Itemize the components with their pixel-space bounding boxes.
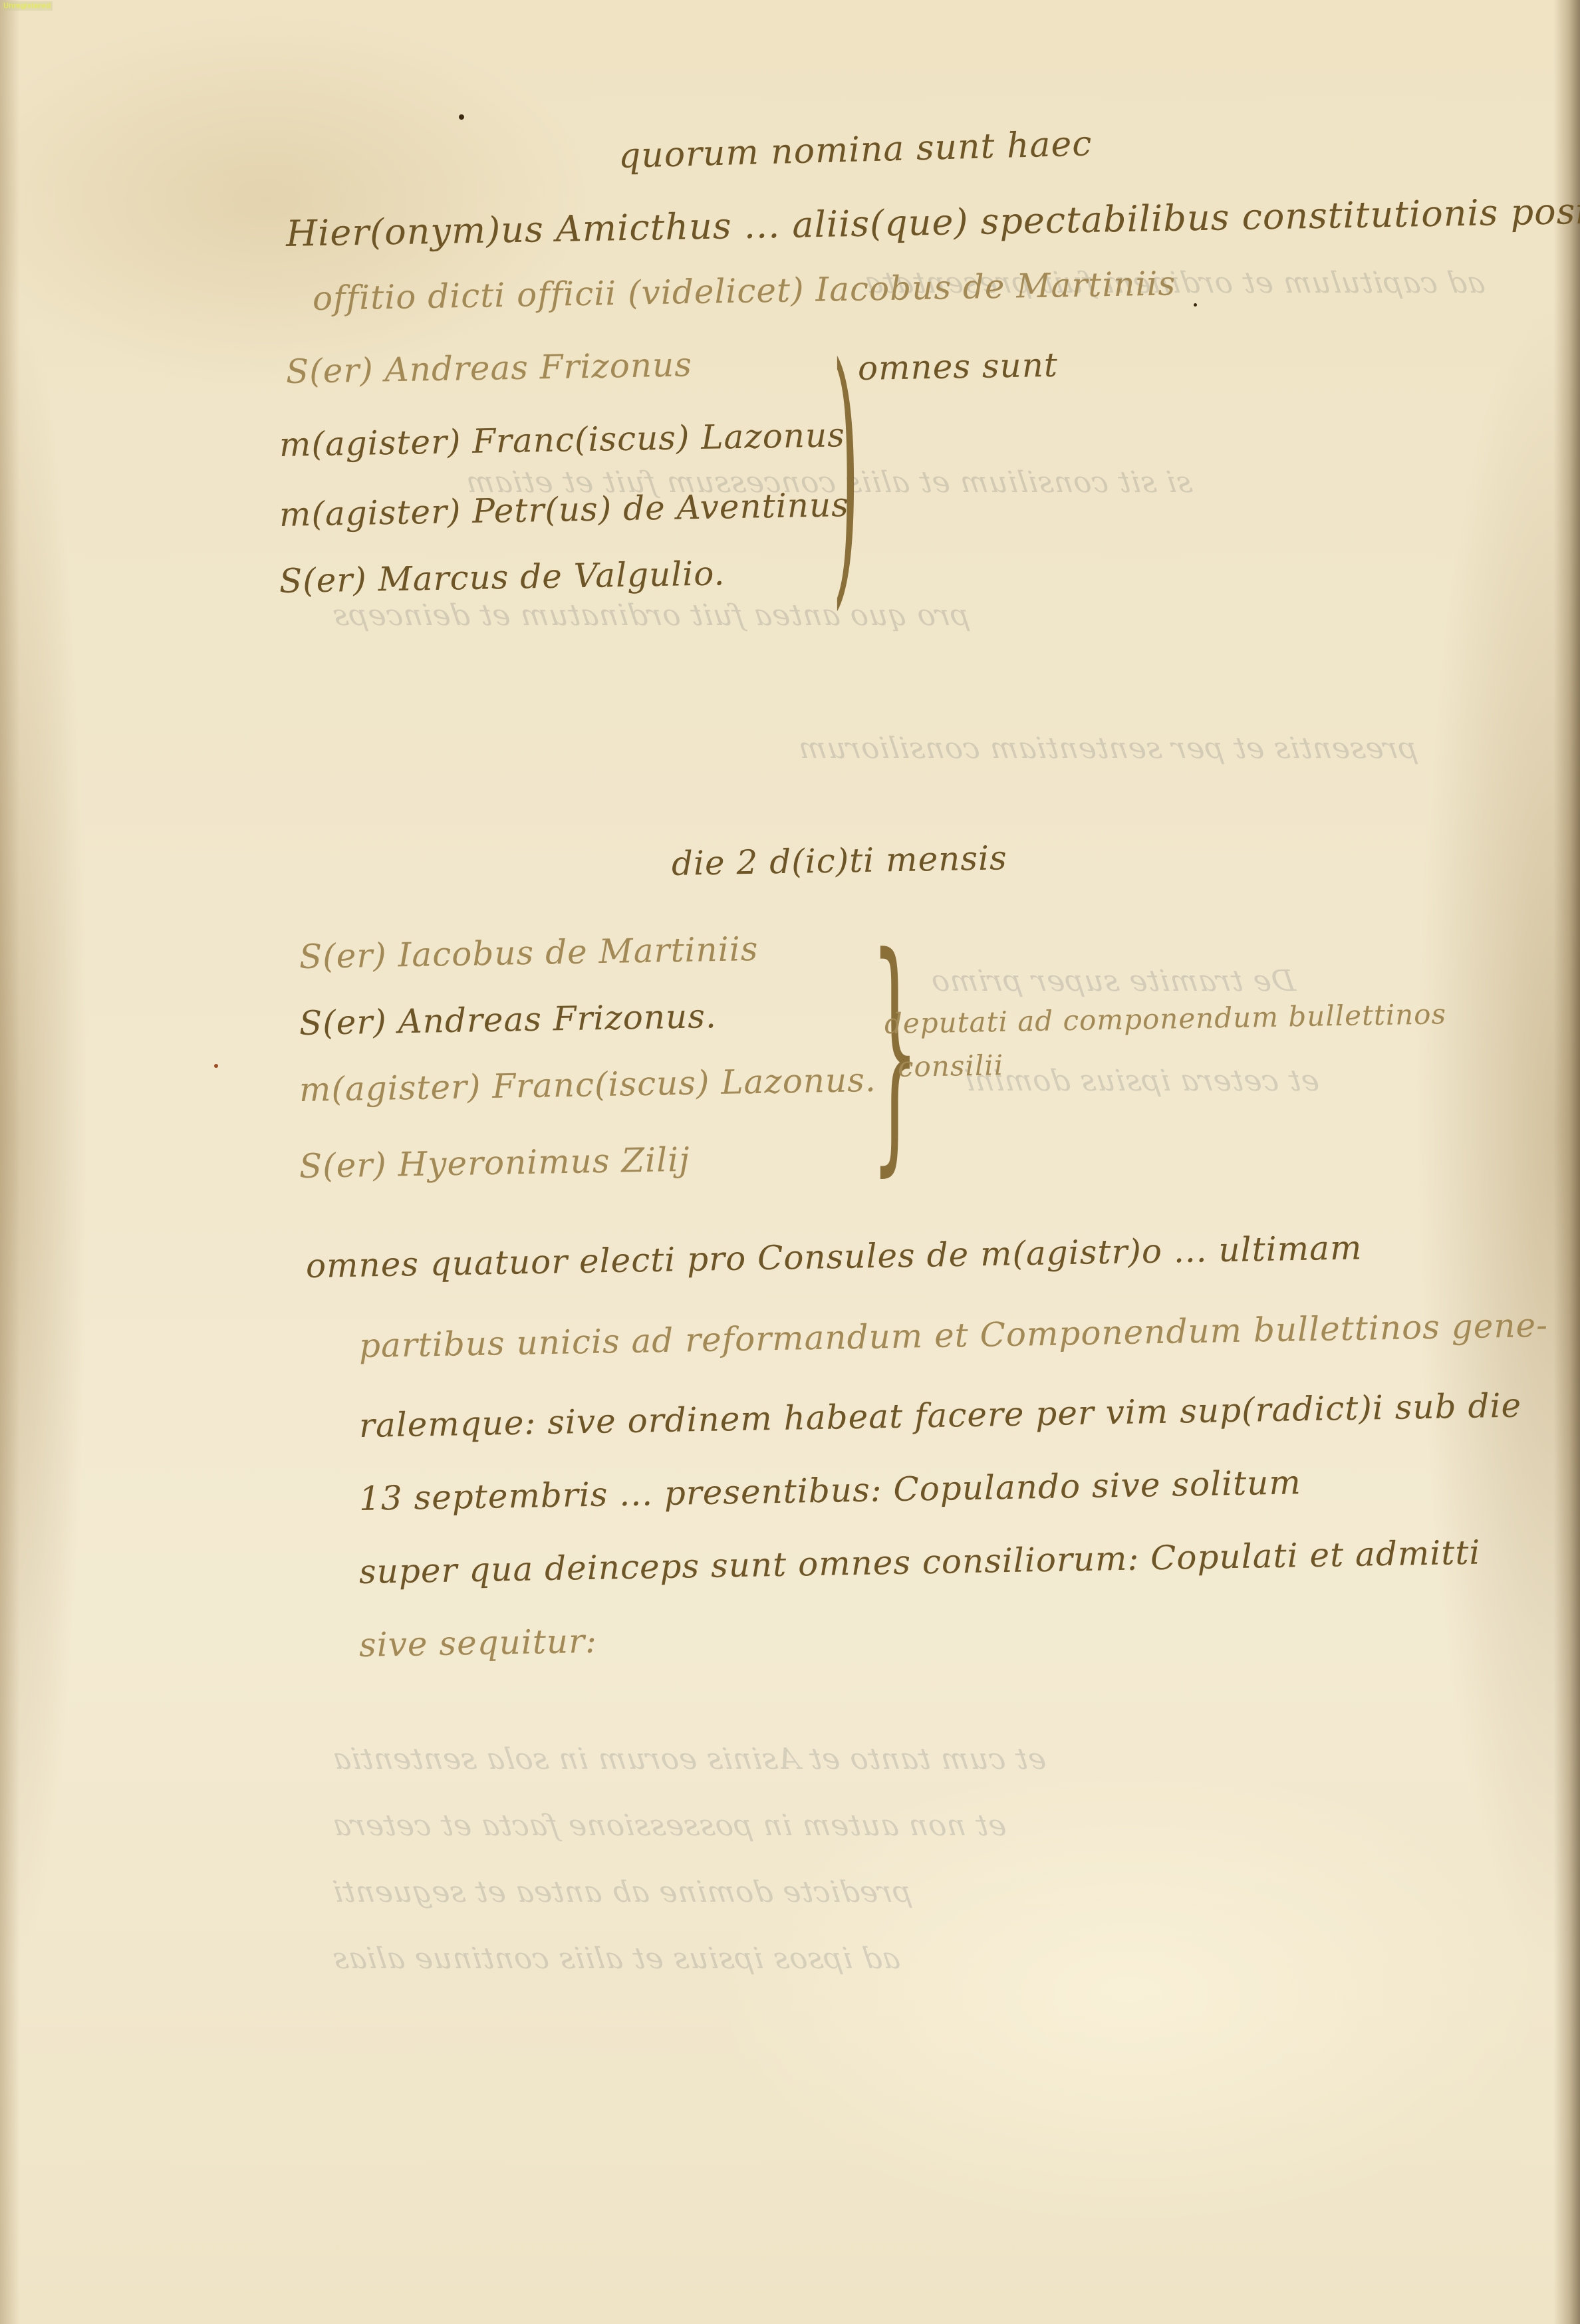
- section2-name-andreas: S(er) Andreas Frizonus.: [299, 997, 717, 1043]
- paragraph-line-2: partibus unicis ad reformandum et Compon…: [358, 1306, 1548, 1365]
- bleed-through-text: ad ipsos ipsius et aliis continue alias: [330, 1942, 902, 1976]
- bleed-through-text: predicte domine ab antea et seguenti: [330, 1875, 914, 1909]
- section2-name-iacobus: S(er) Iacobus de Martiniis: [299, 930, 758, 976]
- page-right-edge-shadow: [1553, 0, 1580, 2324]
- ink-speck: [459, 114, 464, 120]
- section1-line-1: Hier(onym)us Amicthus ... aliis(que) spe…: [285, 188, 1580, 255]
- section2-name-franciscus: m(agister) Franc(iscus) Lazonus.: [299, 1061, 876, 1109]
- manuscript-page: Unregistered ad capitulum et ordinem fui…: [0, 0, 1580, 2324]
- bleed-through-text: et cum tanto et Asinis eorum in sola sen…: [330, 1742, 1047, 1776]
- paragraph-line-6: sive sequitur:: [358, 1622, 597, 1664]
- bleed-through-text: De tramite super primo: [928, 964, 1297, 998]
- section2-heading: die 2 d(ic)ti mensis: [671, 839, 1007, 883]
- bleed-through-text: pro quo antea fuit ordinatum et deinceps: [330, 598, 972, 632]
- section1-bracket-note: omnes sunt: [857, 346, 1058, 388]
- section1-name-petrus: m(agister) Petr(us) de Aventinus: [279, 485, 849, 534]
- unregistered-watermark: Unregistered: [1, 1, 53, 11]
- section1-name-andreas: S(er) Andreas Frizonus: [285, 345, 692, 391]
- heading-text: quorum nomina sunt haec: [618, 124, 1093, 176]
- section1-line-2: offitio dicti officii (videlicet) Iacobu…: [312, 264, 1176, 318]
- section2-bracket-note-2: consilii: [898, 1049, 1004, 1083]
- paragraph-line-3: ralemque: sive ordinem habeat facere per…: [358, 1386, 1521, 1445]
- bleed-through-text: et cetera ipsius domini: [962, 1064, 1321, 1098]
- section1-name-franciscus: m(agister) Franc(iscus) Lazonus: [279, 416, 845, 464]
- bleed-through-text: presentis et per sententiam consiliorum: [795, 731, 1419, 765]
- section1-name-marcus: S(er) Marcus de Valgulio.: [279, 554, 725, 600]
- ink-speck: [214, 1064, 218, 1068]
- ink-speck: [1194, 303, 1197, 307]
- bleed-through-text: et non autem in possessione facta et cet…: [330, 1809, 1008, 1843]
- paragraph-line-1: omnes quatuor electi pro Consules de m(a…: [305, 1228, 1362, 1285]
- paragraph-line-4: 13 septembris ... presentibus: Copulando…: [358, 1463, 1301, 1518]
- page-left-edge-shadow: [0, 0, 20, 2324]
- paragraph-line-5: super qua deinceps sunt omnes consilioru…: [358, 1533, 1480, 1591]
- section1-bracket: ): [832, 332, 859, 612]
- section2-bracket-note-1: deputati ad componendum bullettinos: [884, 997, 1447, 1040]
- section2-name-hyeronimus: S(er) Hyeronimus Zilij: [299, 1140, 690, 1186]
